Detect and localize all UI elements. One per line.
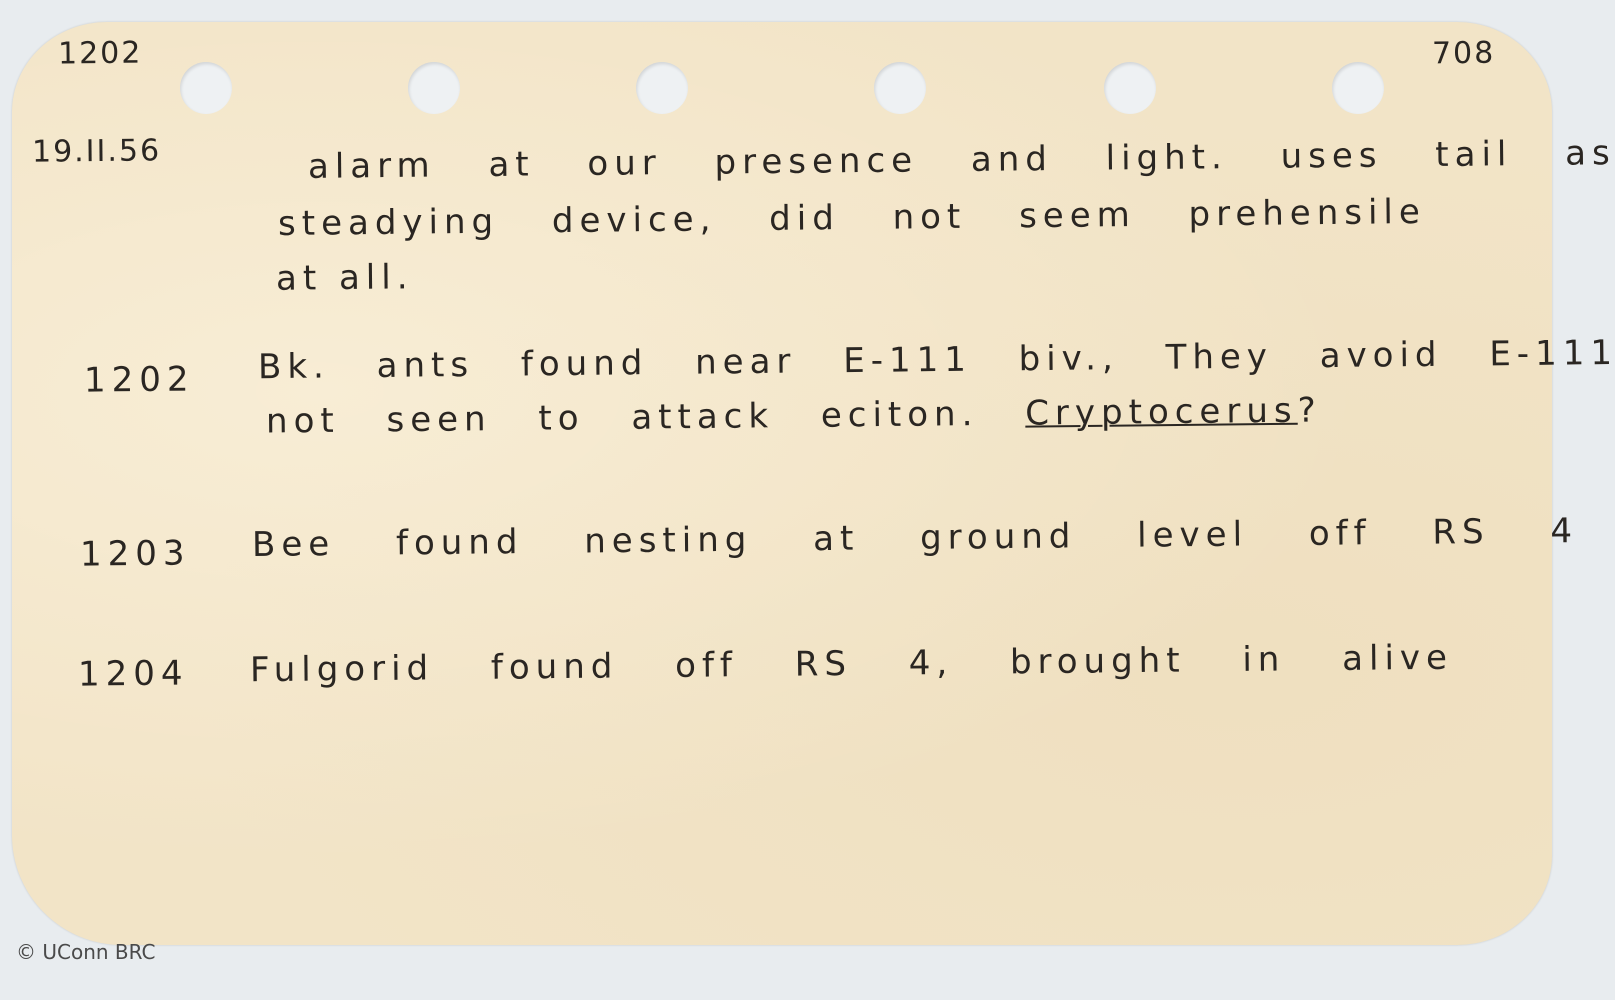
entry-text: Bk. ants found near E-111 biv., They avo…: [258, 333, 1615, 387]
entry-date: 19.II.56: [32, 133, 161, 169]
taxon-name: Cryptocerus: [1025, 391, 1298, 434]
punch-hole: [1104, 62, 1156, 114]
punch-hole: [180, 62, 232, 114]
punch-hole: [1332, 62, 1384, 114]
entry-text: Fulgorid found off RS 4, brought in aliv…: [250, 638, 1453, 691]
punch-hole: [408, 62, 460, 114]
entry-number: 1204: [78, 653, 189, 694]
index-card: 1202 708 19.II.56 alarm at our presence …: [12, 22, 1552, 945]
entry-number: 1203: [80, 533, 191, 574]
punch-hole: [636, 62, 688, 114]
entry-number: 1202: [84, 359, 195, 400]
note-line: steadying device, did not seem prehensil…: [278, 192, 1426, 244]
entry-text-suffix: ?: [1297, 390, 1321, 430]
corner-number-left: 1202: [58, 36, 143, 72]
corner-number-right: 708: [1432, 36, 1496, 72]
entry-text: Bee found nesting at ground level off RS…: [252, 511, 1578, 565]
note-line: at all.: [276, 257, 414, 298]
entry-text: not seen to attack eciton. Cryptocerus?: [266, 390, 1322, 441]
entry-text-prefix: not seen to attack eciton.: [266, 394, 979, 441]
punch-hole: [874, 62, 926, 114]
copyright-credit: © UConn BRC: [16, 940, 156, 964]
note-line: alarm at our presence and light. uses ta…: [308, 133, 1615, 187]
